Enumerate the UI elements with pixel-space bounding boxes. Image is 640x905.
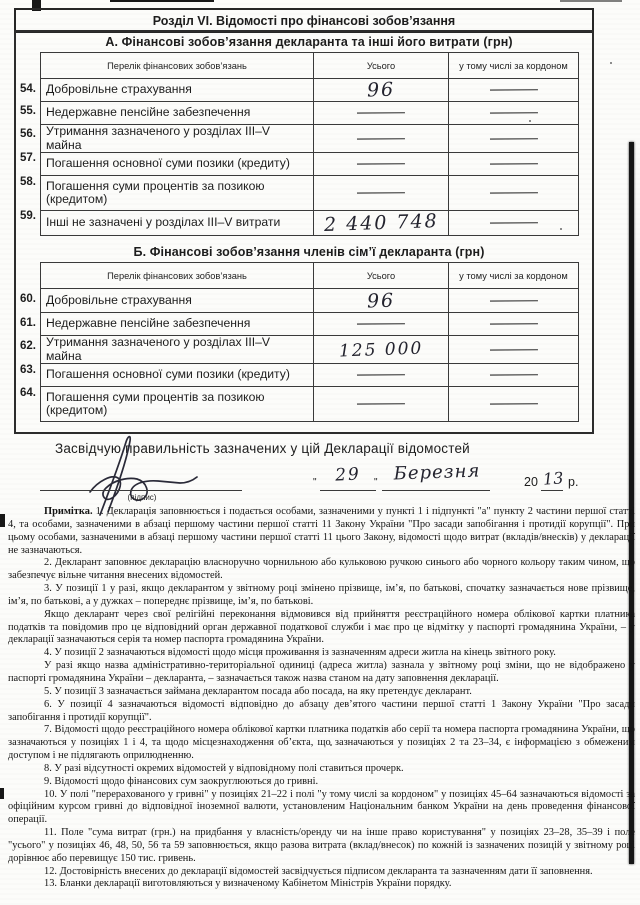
row-label: Добровільне страхування bbox=[41, 79, 314, 102]
signature-line bbox=[40, 490, 242, 491]
col-header-abroad: у тому числі за кордоном bbox=[449, 53, 579, 79]
abroad-dash: — bbox=[489, 81, 538, 99]
row-label: Погашення суми процентів за позикою (кре… bbox=[41, 176, 314, 211]
note-paragraph: 3. У позиції 1 у разі, якщо декларантом … bbox=[8, 583, 635, 609]
row-label: Недержавне пенсійне забезпечення bbox=[41, 102, 314, 125]
table-row: Добровільне страхування 96 — bbox=[41, 289, 579, 313]
row-number-62: 62. bbox=[12, 340, 36, 352]
day-underline bbox=[320, 490, 376, 491]
note-paragraph: Примітка. 1. Декларація заповнюється і п… bbox=[8, 506, 635, 557]
row-number-63: 63. bbox=[12, 364, 36, 376]
row-label: Інші не зазначені у розділах III–V витра… bbox=[41, 211, 314, 236]
abroad-dash: — bbox=[489, 184, 538, 202]
year-prefix: 20 bbox=[524, 475, 538, 489]
total-value-handwritten: 96 bbox=[367, 289, 396, 312]
note-paragraph: Якщо декларант через свої релігійні пере… bbox=[8, 609, 635, 648]
table-row: Погашення суми процентів за позикою (кре… bbox=[41, 176, 579, 211]
table-row: Погашення основної суми позики (кредиту)… bbox=[41, 364, 579, 387]
table-row: Утримання зазначеного у розділах III–V м… bbox=[41, 336, 579, 364]
row-number-59: 59. bbox=[12, 210, 36, 222]
scan-speck bbox=[610, 62, 612, 64]
note-paragraph: 6. У позиції 4 зазначаються відомості ві… bbox=[8, 699, 635, 725]
year-underline bbox=[541, 490, 563, 491]
abroad-dash: — bbox=[489, 395, 538, 413]
note-paragraph: 12. Достовірність внесених до декларації… bbox=[8, 866, 635, 879]
scan-artifact bbox=[110, 0, 214, 2]
total-dash: — bbox=[356, 129, 405, 147]
col-header-total: Усього bbox=[314, 53, 449, 79]
note-paragraph: 11. Поле "сума витрат (грн.) на придбанн… bbox=[8, 827, 635, 866]
abroad-dash: — bbox=[489, 315, 538, 333]
col-header-abroad: у тому числі за кордоном bbox=[449, 263, 579, 289]
note-paragraph: 5. У позиції 3 зазначається займана декл… bbox=[8, 686, 635, 699]
table-row: Погашення основної суми позики (кредиту)… bbox=[41, 153, 579, 176]
row-label: Погашення основної суми позики (кредиту) bbox=[41, 153, 314, 176]
note-paragraph: 4. У позиції 2 зазначаються відомості що… bbox=[8, 647, 635, 660]
table-row: Недержавне пенсійне забезпечення — — bbox=[41, 102, 579, 125]
abroad-dash: — bbox=[489, 291, 538, 309]
abroad-dash: — bbox=[489, 129, 538, 147]
row-number-64: 64. bbox=[12, 387, 36, 399]
table-a: Перелік фінансових зобов’язань Усього у … bbox=[40, 52, 579, 236]
scan-artifact bbox=[0, 514, 5, 527]
col-header-list: Перелік фінансових зобов’язань bbox=[41, 263, 314, 289]
abroad-dash: — bbox=[489, 155, 538, 173]
row-label: Добровільне страхування bbox=[41, 289, 314, 313]
total-value-handwritten: 125 000 bbox=[339, 338, 424, 361]
abroad-dash: — bbox=[489, 104, 538, 122]
date-year-handwritten: 13 bbox=[542, 468, 564, 488]
total-dash: — bbox=[356, 104, 405, 122]
row-label: Погашення основної суми позики (кредиту) bbox=[41, 364, 314, 387]
row-number-60: 60. bbox=[12, 293, 36, 305]
row-number-54: 54. bbox=[12, 83, 36, 95]
row-number-61: 61. bbox=[12, 317, 36, 329]
date-day-handwritten: 29 bbox=[324, 464, 373, 486]
total-value-handwritten: 2 440 748 bbox=[323, 211, 438, 236]
row-label: Утримання зазначеного у розділах III–V м… bbox=[41, 125, 314, 153]
table-b-caption: Б. Фінансові зобов’язання членів сім’ї д… bbox=[40, 245, 578, 259]
day-close-quote: " bbox=[374, 477, 378, 488]
signature-caption: (підпис) bbox=[72, 493, 212, 502]
total-dash: — bbox=[356, 315, 405, 333]
scanned-declaration-page: Розділ VI. Відомості про фінансові зобов… bbox=[0, 0, 640, 905]
scan-artifact bbox=[560, 0, 622, 2]
total-dash: — bbox=[356, 184, 405, 202]
month-underline bbox=[382, 490, 490, 491]
row-number-57: 57. bbox=[12, 152, 36, 164]
handwritten-signature bbox=[60, 436, 220, 516]
table-b-header-row: Перелік фінансових зобов’язань Усього у … bbox=[41, 263, 579, 289]
total-dash: — bbox=[356, 395, 405, 413]
day-open-quote: " bbox=[313, 477, 317, 488]
row-number-55: 55. bbox=[12, 105, 36, 117]
note-paragraph: У разі якщо назва адміністративно-терито… bbox=[8, 660, 635, 686]
note-paragraph: 8. У разі відсутності окремих відомостей… bbox=[8, 763, 635, 776]
table-row: Добровільне страхування 96 — bbox=[41, 79, 579, 102]
total-dash: — bbox=[356, 366, 405, 384]
table-row: Утримання зазначеного у розділах III–V м… bbox=[41, 125, 579, 153]
table-b: Перелік фінансових зобов’язань Усього у … bbox=[40, 262, 579, 422]
total-value-handwritten: 96 bbox=[367, 79, 396, 102]
note-paragraph: 7. Відомості щодо реєстраційного номера … bbox=[8, 724, 635, 763]
total-dash: — bbox=[356, 155, 405, 173]
row-number-56: 56. bbox=[12, 128, 36, 140]
table-row: Недержавне пенсійне забезпечення — — bbox=[41, 313, 579, 336]
note-paragraph: 13. Бланки декларації виготовляються у в… bbox=[8, 878, 635, 891]
section-title: Розділ VI. Відомості про фінансові зобов… bbox=[153, 14, 455, 28]
table-row: Інші не зазначені у розділах III–V витра… bbox=[41, 211, 579, 236]
scan-artifact bbox=[0, 788, 4, 799]
note-paragraph: 9. Відомості щодо фінансових сум заокруг… bbox=[8, 776, 635, 789]
col-header-list: Перелік фінансових зобов’язань bbox=[41, 53, 314, 79]
col-header-total: Усього bbox=[314, 263, 449, 289]
row-label: Утримання зазначеного у розділах III–V м… bbox=[41, 336, 314, 364]
note-paragraph: 2. Декларант заповнює декларацію власнор… bbox=[8, 557, 635, 583]
table-a-header-row: Перелік фінансових зобов’язань Усього у … bbox=[41, 53, 579, 79]
row-number-58: 58. bbox=[12, 176, 36, 188]
abroad-dash: — bbox=[489, 340, 538, 358]
row-label: Недержавне пенсійне забезпечення bbox=[41, 313, 314, 336]
abroad-dash: — bbox=[489, 214, 538, 232]
table-a-caption: А. Фінансові зобов’язання декларанта та … bbox=[40, 35, 578, 49]
notes-label: Примітка. bbox=[44, 506, 93, 517]
row-label: Погашення суми процентів за позикою (кре… bbox=[41, 387, 314, 422]
date-month-handwritten: Березня bbox=[384, 460, 491, 485]
notes-block: Примітка. 1. Декларація заповнюється і п… bbox=[8, 506, 635, 902]
note-paragraph: 10. У полі "перерахованого у гривні" у п… bbox=[8, 789, 635, 828]
abroad-dash: — bbox=[489, 366, 538, 384]
year-suffix: р. bbox=[568, 475, 578, 489]
table-row: Погашення суми процентів за позикою (кре… bbox=[41, 387, 579, 422]
